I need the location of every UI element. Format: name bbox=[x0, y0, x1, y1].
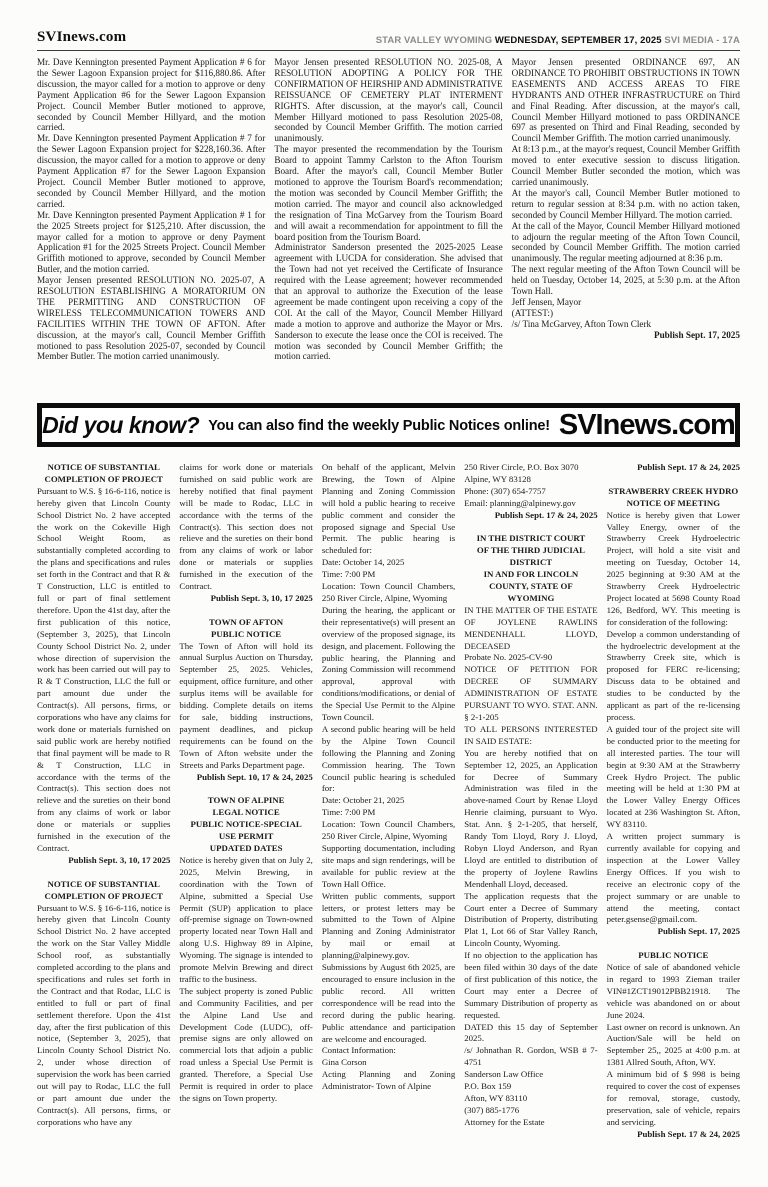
masthead-edition: SVI MEDIA - 17A bbox=[662, 35, 740, 46]
notice-paragraph: If no objection to the application has b… bbox=[464, 950, 597, 1021]
notice-paragraph: Date: October 14, 2025 bbox=[322, 557, 455, 569]
notice-column: 250 River Circle, P.O. Box 3070Alpine, W… bbox=[464, 462, 597, 1174]
notice-column: claims for work done or materials furnis… bbox=[179, 462, 312, 1174]
notice-paragraph: Administrator Sanderson presented the 20… bbox=[274, 242, 502, 362]
notice-paragraph: 250 River Circle, P.O. Box 3070 bbox=[464, 462, 597, 474]
notice-heading: STRAWBERRY CREEK HYDRO NOTICE OF MEETING bbox=[607, 486, 740, 510]
publish-line: Publish Sept. 17, 2025 bbox=[607, 926, 740, 938]
notice-column: On behalf of the applicant, Melvin Brewi… bbox=[322, 462, 455, 1174]
notice-paragraph: At the mayor's call, Council Member Butl… bbox=[512, 188, 740, 221]
notice-paragraph: /s/ Tina McGarvey, Afton Town Clerk bbox=[512, 319, 740, 330]
notice-paragraph: DATED this 15 day of September 2025. bbox=[464, 1022, 597, 1046]
notice-paragraph: Pursuant to W.S. § 16-6-116, notice is h… bbox=[37, 486, 170, 855]
notice-paragraph: Phone: (307) 654-7757 bbox=[464, 486, 597, 498]
notice-paragraph: Date: October 21, 2025 bbox=[322, 795, 455, 807]
notice-paragraph: (307) 885-1776 bbox=[464, 1105, 597, 1117]
notice-paragraph: Last owner on record is unknown. An Auct… bbox=[607, 1022, 740, 1070]
notice-paragraph: A minimum bid of $ 998 is being required… bbox=[607, 1069, 740, 1129]
notice-paragraph: Time: 7:00 PM bbox=[322, 807, 455, 819]
masthead-dateline: STAR VALLEY WYOMING WEDNESDAY, SEPTEMBER… bbox=[376, 35, 740, 46]
masthead-site-name: SVInews.com bbox=[37, 29, 126, 46]
banner-site-name: SVInews.com bbox=[559, 409, 735, 442]
publish-line: Publish Sept. 3, 10, 17 2025 bbox=[37, 855, 170, 867]
notice-paragraph: Notice of sale of abandoned vehicle in r… bbox=[607, 962, 740, 1022]
notice-column: Publish Sept. 17 & 24, 2025STRAWBERRY CR… bbox=[607, 462, 740, 1174]
notice-paragraph: Develop a common understanding of the hy… bbox=[607, 629, 740, 724]
notice-heading: NOTICE OF SUBSTANTIAL COMPLETION OF PROJ… bbox=[37, 462, 170, 486]
notice-paragraph: /s/ Johnathan R. Gordon, WSB # 7-4751 bbox=[464, 1045, 597, 1069]
notice-paragraph: You are hereby notified that on Septembe… bbox=[464, 748, 597, 891]
notice-paragraph: Attorney for the Estate bbox=[464, 1117, 597, 1129]
notice-column: Mayor Jensen presented ORDINANCE 697, AN… bbox=[512, 57, 740, 398]
notice-paragraph: Supporting documentation, including site… bbox=[322, 843, 455, 891]
notice-paragraph: claims for work done or materials furnis… bbox=[179, 462, 312, 593]
publish-line: Publish Sept. 17 & 24, 2025 bbox=[607, 462, 740, 474]
notice-paragraph: Notice is hereby given that on July 2, 2… bbox=[179, 855, 312, 986]
notice-paragraph: A written project summary is currently a… bbox=[607, 831, 740, 926]
notice-paragraph: The Town of Afton will hold its annual S… bbox=[179, 641, 312, 772]
notice-paragraph: NOTICE OF PETITION FOR DECREE OF SUMMARY… bbox=[464, 664, 597, 724]
banner-message-text: You can also find the weekly Public Noti… bbox=[208, 418, 550, 434]
notice-paragraph: Contact Information: bbox=[322, 1045, 455, 1057]
notice-paragraph: Location: Town Council Chambers, 250 Riv… bbox=[322, 819, 455, 843]
publish-line: Publish Sept. 3, 10, 17 2025 bbox=[179, 593, 312, 605]
notice-paragraph: P.O. Box 159 bbox=[464, 1081, 597, 1093]
notice-column: Mayor Jensen presented RESOLUTION NO. 20… bbox=[274, 57, 502, 398]
notice-paragraph: Afton, WY 83110 bbox=[464, 1093, 597, 1105]
publish-line: Publish Sept. 17 & 24, 2025 bbox=[464, 510, 597, 522]
notice-paragraph: The next regular meeting of the Afton To… bbox=[512, 264, 740, 297]
header-rule bbox=[37, 50, 740, 51]
notice-paragraph: Email: planning@alpinewy.gov bbox=[464, 498, 597, 510]
notice-paragraph: Acting Planning and Zoning Administrator… bbox=[322, 1069, 455, 1093]
publish-line: Publish Sept. 10, 17 & 24, 2025 bbox=[179, 772, 312, 784]
notice-paragraph: Time: 7:00 PM bbox=[322, 569, 455, 581]
masthead: SVInews.com STAR VALLEY WYOMING WEDNESDA… bbox=[37, 28, 740, 46]
notice-paragraph: The subject property is zoned Public and… bbox=[179, 986, 312, 1105]
newspaper-page: SVInews.com STAR VALLEY WYOMING WEDNESDA… bbox=[0, 0, 768, 1187]
notice-heading: PUBLIC NOTICE bbox=[607, 950, 740, 962]
public-notices-banner: Did you know? You can also find the week… bbox=[37, 403, 740, 447]
notice-paragraph: A guided tour of the project site will b… bbox=[607, 724, 740, 831]
masthead-date: WEDNESDAY, SEPTEMBER 17, 2025 bbox=[495, 35, 662, 46]
banner-lead-text: Did you know? bbox=[42, 412, 199, 439]
notice-paragraph: Mayor Jensen presented ORDINANCE 697, AN… bbox=[512, 57, 740, 144]
publish-line: Publish Sept. 17, 2025 bbox=[512, 330, 740, 341]
notice-paragraph: Written public comments, support letters… bbox=[322, 891, 455, 1046]
notice-paragraph: Mr. Dave Kennington presented Payment Ap… bbox=[37, 210, 265, 275]
notice-column: Mr. Dave Kennington presented Payment Ap… bbox=[37, 57, 265, 398]
council-minutes-section: Mr. Dave Kennington presented Payment Ap… bbox=[37, 57, 740, 398]
notice-paragraph: TO ALL PERSONS INTERESTED IN SAID ESTATE… bbox=[464, 724, 597, 748]
notice-paragraph: Mr. Dave Kennington presented Payment Ap… bbox=[37, 57, 265, 133]
notice-paragraph: Location: Town Council Chambers, 250 Riv… bbox=[322, 581, 455, 605]
notice-paragraph: Pursuant to W.S. § 16-6-116, notice is h… bbox=[37, 903, 170, 1129]
notice-paragraph: Mayor Jensen presented RESOLUTION NO. 20… bbox=[274, 57, 502, 144]
notice-paragraph: Alpine, WY 83128 bbox=[464, 474, 597, 486]
notice-paragraph: Probate No. 2025-CV-90 bbox=[464, 652, 597, 664]
notice-heading: IN THE DISTRICT COURT OF THE THIRD JUDIC… bbox=[464, 533, 597, 604]
notice-heading: NOTICE OF SUBSTANTIAL COMPLETION OF PROJ… bbox=[37, 879, 170, 903]
notice-paragraph: A second public hearing will be held by … bbox=[322, 724, 455, 795]
masthead-location: STAR VALLEY WYOMING bbox=[376, 35, 495, 46]
notice-heading: TOWN OF AFTON PUBLIC NOTICE bbox=[179, 617, 312, 641]
notice-paragraph: On behalf of the applicant, Melvin Brewi… bbox=[322, 462, 455, 557]
notice-paragraph: Mayor Jensen presented RESOLUTION NO. 20… bbox=[37, 275, 265, 362]
notice-column: NOTICE OF SUBSTANTIAL COMPLETION OF PROJ… bbox=[37, 462, 170, 1174]
notice-paragraph: The mayor presented the recommendation b… bbox=[274, 144, 502, 242]
public-notices-section: NOTICE OF SUBSTANTIAL COMPLETION OF PROJ… bbox=[37, 462, 740, 1174]
notice-paragraph: Notice is hereby given that Lower Valley… bbox=[607, 510, 740, 629]
notice-paragraph: Gina Corson bbox=[322, 1057, 455, 1069]
notice-paragraph: During the hearing, the applicant or the… bbox=[322, 605, 455, 724]
notice-paragraph: At the call of the Mayor, Council Member… bbox=[512, 221, 740, 265]
notice-heading: TOWN OF ALPINE LEGAL NOTICE PUBLIC NOTIC… bbox=[179, 795, 312, 855]
notice-paragraph: Sanderson Law Office bbox=[464, 1069, 597, 1081]
notice-paragraph: Jeff Jensen, Mayor bbox=[512, 297, 740, 308]
notice-paragraph: (ATTEST:) bbox=[512, 308, 740, 319]
publish-line: Publish Sept. 17 & 24, 2025 bbox=[607, 1129, 740, 1141]
notice-paragraph: IN THE MATTER OF THE ESTATE OF JOYLENE R… bbox=[464, 605, 597, 653]
notice-paragraph: Mr. Dave Kennington presented Payment Ap… bbox=[37, 133, 265, 209]
notice-paragraph: At 8:13 p.m., at the mayor's request, Co… bbox=[512, 144, 740, 188]
notice-paragraph: The application requests that the Court … bbox=[464, 891, 597, 951]
